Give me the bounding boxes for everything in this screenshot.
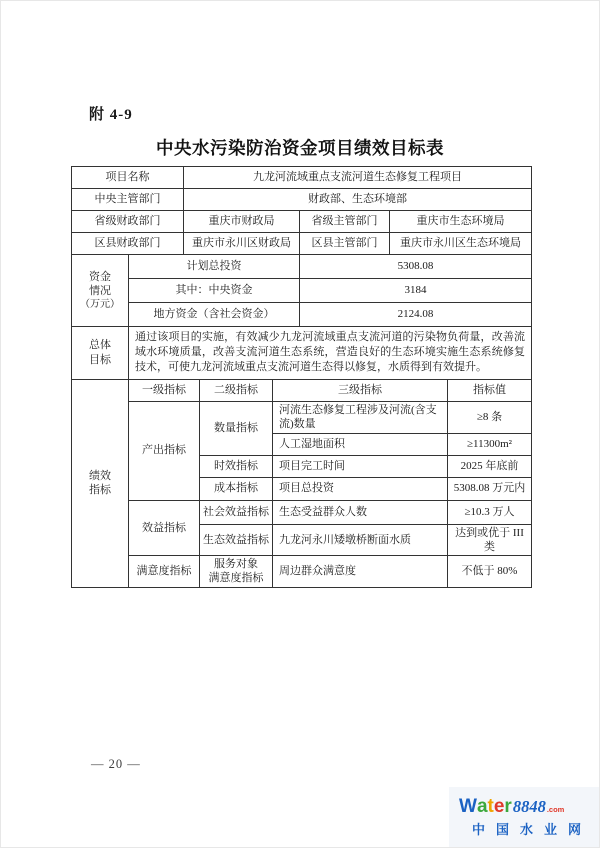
planned-total-value: 5308.08	[300, 255, 532, 279]
level2-social: 社会效益指标	[200, 500, 273, 524]
central-funding-value: 3184	[300, 279, 532, 303]
performance-label-line: 指标	[75, 483, 125, 497]
brand-letter: r	[504, 796, 511, 818]
brand-letter: W	[459, 796, 477, 818]
funding-label-line: 资金	[75, 270, 125, 284]
indicator-beneficiaries-value: ≥10.3 万人	[448, 500, 532, 524]
header-level3: 三级指标	[273, 379, 448, 401]
performance-label-line: 绩效	[75, 469, 125, 483]
funding-label-line: （万元）	[75, 298, 125, 311]
level2-time: 时效指标	[200, 455, 273, 477]
table-row: 满意度指标 服务对象 满意度指标 周边群众满意度 不低于 80%	[72, 556, 532, 588]
indicator-rivers-value: ≥8 条	[448, 401, 532, 433]
table-row: 资金 情况 （万元） 计划总投资 5308.08	[72, 255, 532, 279]
performance-section-label: 绩效 指标	[72, 379, 129, 587]
indicator-satisfaction-name: 周边群众满意度	[273, 556, 448, 588]
indicator-rivers-name: 河流生态修复工程涉及河流(含支流)数量	[273, 401, 448, 433]
header-value: 指标值	[448, 379, 532, 401]
brand-number: 8848	[513, 797, 546, 817]
table-row: 中央主管部门 财政部、生态环境部	[72, 189, 532, 211]
level1-output: 产出指标	[129, 401, 200, 500]
attachment-label: 附 4-9	[89, 103, 133, 124]
indicator-water-quality-value: 达到或优于 III 类	[448, 524, 532, 556]
county-dept-label: 区县主管部门	[300, 233, 390, 255]
table-row: 地方资金（含社会资金） 2124.08	[72, 303, 532, 327]
county-finance-label: 区县财政部门	[72, 233, 184, 255]
watermark-subtitle: 中国水业网	[459, 819, 599, 838]
overall-goal-label-line: 目标	[75, 353, 125, 367]
table-row: 区县财政部门 重庆市永川区财政局 区县主管部门 重庆市永川区生态环境局	[72, 233, 532, 255]
indicator-wetland-name: 人工湿地面积	[273, 433, 448, 455]
level2-service: 服务对象 满意度指标	[200, 556, 273, 588]
table-row: 总体 目标 通过该项目的实施，有效减少九龙河流域重点支流河道的污染物负荷量，改善…	[72, 327, 532, 380]
central-dept-value: 财政部、生态环境部	[184, 189, 532, 211]
county-finance-value: 重庆市永川区财政局	[184, 233, 300, 255]
table-row: 其中：中央资金 3184	[72, 279, 532, 303]
indicator-completion-name: 项目完工时间	[273, 455, 448, 477]
indicator-satisfaction-value: 不低于 80%	[448, 556, 532, 588]
table-row: 省级财政部门 重庆市财政局 省级主管部门 重庆市生态环境局	[72, 211, 532, 233]
indicator-completion-value: 2025 年底前	[448, 455, 532, 477]
watermark-logo: W a t e r 8848 .com 中国水业网	[459, 796, 599, 838]
project-name-value: 九龙河流域重点支流河道生态修复工程项目	[184, 167, 532, 189]
overall-goal-text: 通过该项目的实施，有效减少九龙河流域重点支流河道的污染物负荷量，改善流域水环境质…	[129, 327, 532, 380]
local-funding-value: 2124.08	[300, 303, 532, 327]
provincial-finance-value: 重庆市财政局	[184, 211, 300, 233]
overall-goal-label-line: 总体	[75, 338, 125, 352]
level2-service-line: 服务对象	[203, 557, 269, 571]
page-number: — 20 —	[91, 757, 141, 772]
level1-satisfaction: 满意度指标	[129, 556, 200, 588]
brand-tld: .com	[547, 805, 565, 814]
table-row: 产出指标 数量指标 河流生态修复工程涉及河流(含支流)数量 ≥8 条	[72, 401, 532, 433]
central-funding-label: 其中：中央资金	[129, 279, 300, 303]
provincial-dept-value: 重庆市生态环境局	[390, 211, 532, 233]
performance-target-table: 项目名称 九龙河流域重点支流河道生态修复工程项目 中央主管部门 财政部、生态环境…	[71, 166, 532, 588]
header-level2: 二级指标	[200, 379, 273, 401]
local-funding-label: 地方资金（含社会资金）	[129, 303, 300, 327]
indicator-wetland-value: ≥11300m²	[448, 433, 532, 455]
document-page: 附 4-9 中央水污染防治资金项目绩效目标表 项目名称 九龙河流域重点支流河道生…	[0, 0, 600, 848]
provincial-finance-label: 省级财政部门	[72, 211, 184, 233]
table-row: 项目名称 九龙河流域重点支流河道生态修复工程项目	[72, 167, 532, 189]
level2-service-line: 满意度指标	[203, 571, 269, 585]
level2-cost: 成本指标	[200, 477, 273, 500]
indicator-investment-value: 5308.08 万元内	[448, 477, 532, 500]
funding-section-label: 资金 情况 （万元）	[72, 255, 129, 327]
brand-letter: a	[477, 796, 488, 818]
central-dept-label: 中央主管部门	[72, 189, 184, 211]
header-level1: 一级指标	[129, 379, 200, 401]
table-row: 绩效 指标 一级指标 二级指标 三级指标 指标值	[72, 379, 532, 401]
level2-quantity: 数量指标	[200, 401, 273, 455]
indicator-water-quality-name: 九龙河永川矮墩桥断面水质	[273, 524, 448, 556]
funding-label-line: 情况	[75, 284, 125, 298]
county-dept-value: 重庆市永川区生态环境局	[390, 233, 532, 255]
brand-letter: e	[494, 796, 505, 818]
provincial-dept-label: 省级主管部门	[300, 211, 390, 233]
indicator-investment-name: 项目总投资	[273, 477, 448, 500]
table-row: 效益指标 社会效益指标 生态受益群众人数 ≥10.3 万人	[72, 500, 532, 524]
indicator-beneficiaries-name: 生态受益群众人数	[273, 500, 448, 524]
overall-goal-label: 总体 目标	[72, 327, 129, 380]
planned-total-label: 计划总投资	[129, 255, 300, 279]
level1-benefit: 效益指标	[129, 500, 200, 556]
watermark-brand: W a t e r 8848 .com	[459, 796, 599, 818]
page-title: 中央水污染防治资金项目绩效目标表	[1, 135, 599, 160]
project-name-label: 项目名称	[72, 167, 184, 189]
level2-eco: 生态效益指标	[200, 524, 273, 556]
